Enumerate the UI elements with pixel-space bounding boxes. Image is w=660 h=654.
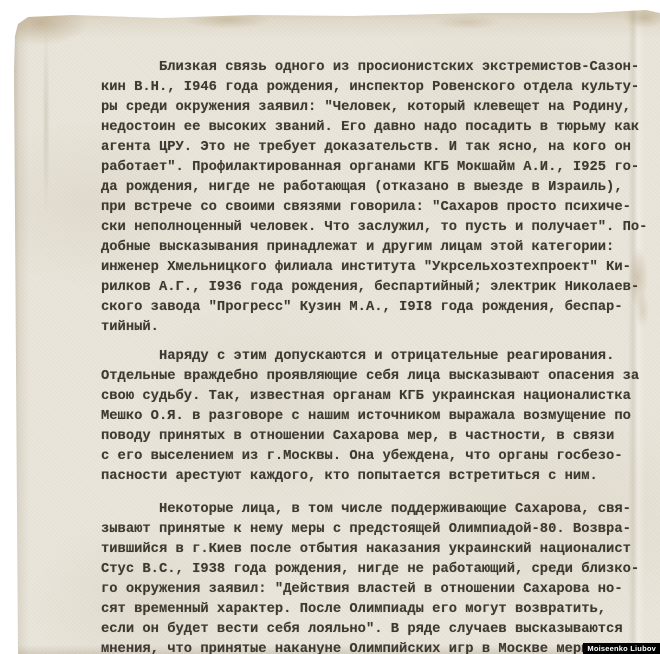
- paragraph-3: Некоторые лица, в том числе поддерживающ…: [101, 500, 660, 654]
- credit-watermark: Moiseenko Liubov: [583, 643, 660, 654]
- document-text: Близкая связь одного из просионистских э…: [101, 58, 660, 654]
- paper-sheet: Близкая связь одного из просионистских э…: [12, 10, 660, 654]
- paragraph-1: Близкая связь одного из просионистских э…: [101, 58, 660, 338]
- paragraph-2: Наряду с этим допускаются и отрицательны…: [101, 347, 660, 487]
- scanned-page: Близкая связь одного из просионистских э…: [0, 0, 660, 654]
